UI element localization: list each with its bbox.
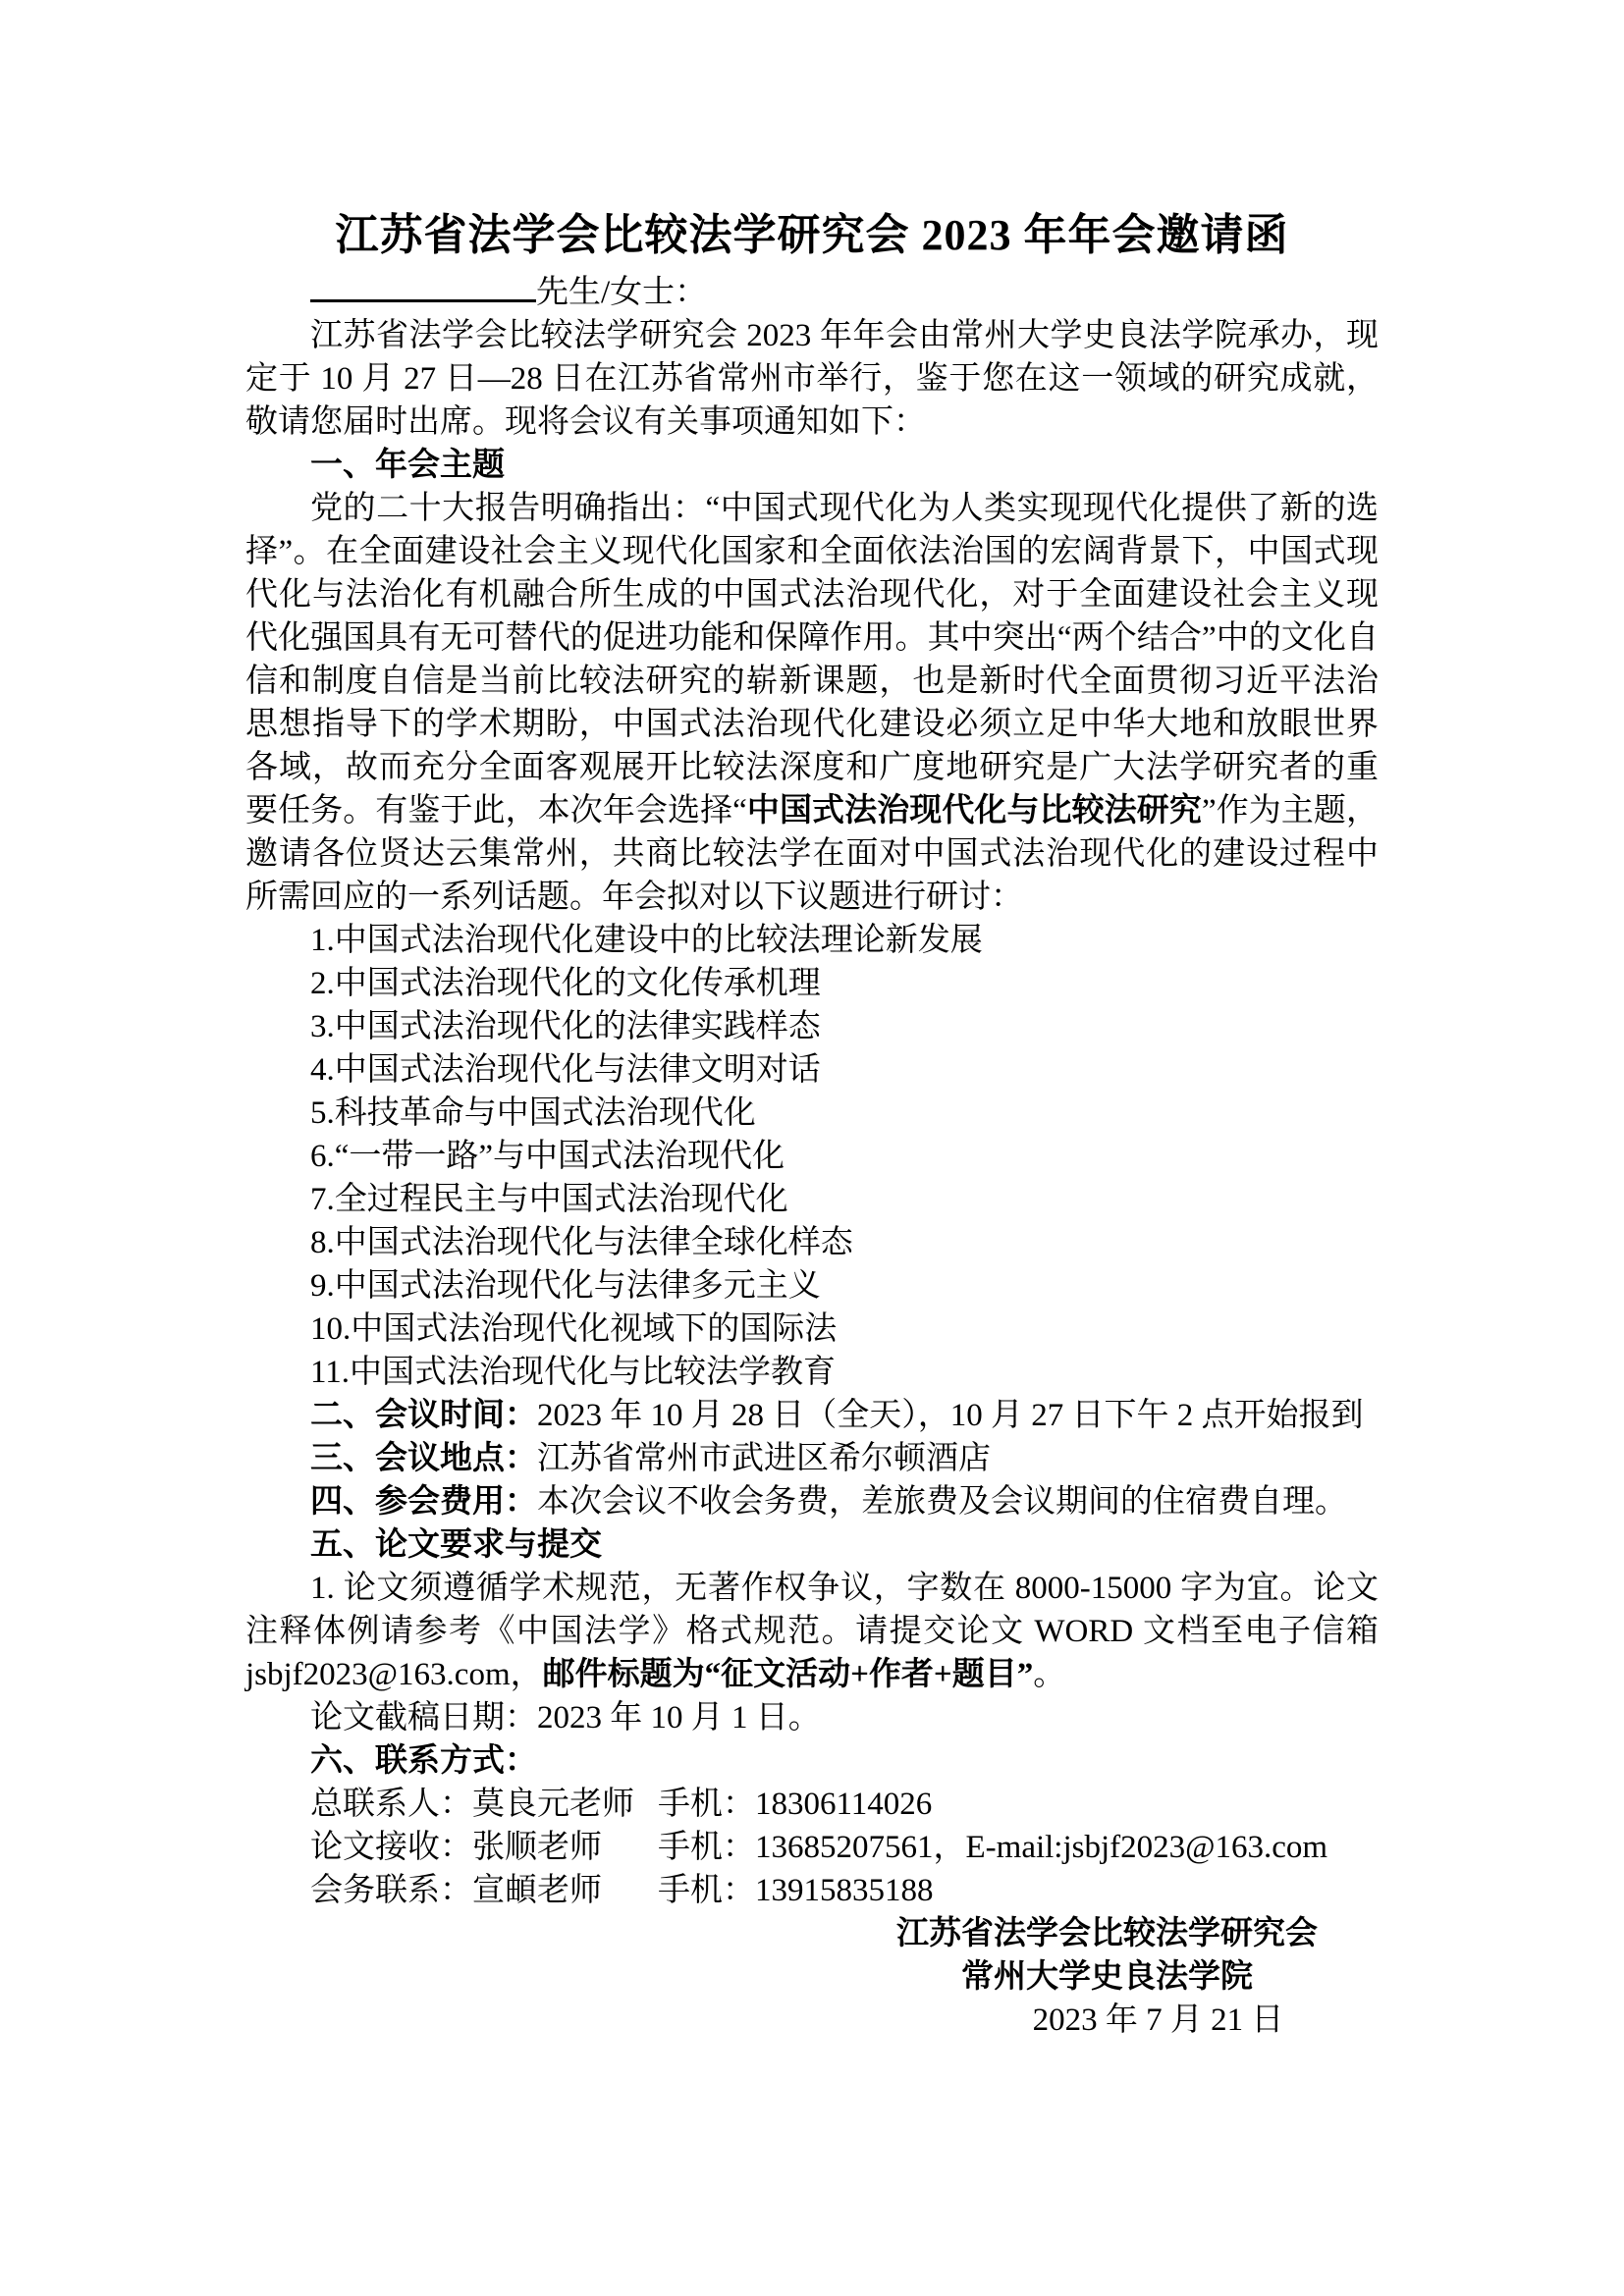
email-subject-format: 邮件标题为“征文活动+作者+题目” [543, 1657, 1034, 1692]
contact-name-papers: 论文接收：张顺老师 [310, 1826, 658, 1869]
signature-date: 2023 年 7 月 21 日 [889, 1999, 1326, 2042]
topic-item-8: 8.中国式法治现代化与法律全球化样态 [245, 1221, 1379, 1264]
section-2-text: 2023 年 10 月 28 日（全天），10 月 27 日下午 2 点开始报到 [537, 1398, 1364, 1433]
page-title: 江苏省法学会比较法学研究会 2023 年年会邀请函 [245, 208, 1379, 263]
intro-paragraph: 江苏省法学会比较法学研究会 2023 年年会由常州大学史良法学院承办，现定于 1… [245, 314, 1379, 444]
signature-block: 江苏省法学会比较法学研究会 常州大学史良法学院 2023 年 7 月 21 日 [889, 1912, 1326, 2042]
topic-item-7: 7.全过程民主与中国式法治现代化 [245, 1178, 1379, 1221]
topic-item-9: 9.中国式法治现代化与法律多元主义 [245, 1264, 1379, 1308]
contact-row-general: 总联系人：莫良元老师手机：18306114026 [245, 1783, 1379, 1826]
salutation-suffix: 先生/女士： [536, 275, 707, 310]
section-3-label: 三、会议地点： [310, 1441, 537, 1476]
section-4-text: 本次会议不收会务费，差旅费及会议期间的住宿费自理。 [537, 1484, 1347, 1520]
section-4-line: 四、参会费用：本次会议不收会务费，差旅费及会议期间的住宿费自理。 [245, 1480, 1379, 1523]
topic-item-5: 5.科技革命与中国式法治现代化 [245, 1092, 1379, 1135]
topic-item-11: 11.中国式法治现代化与比较法学教育 [245, 1351, 1379, 1394]
section-4-label: 四、参会费用： [310, 1484, 537, 1520]
paper-deadline-line: 论文截稿日期：2023 年 10 月 1 日。 [245, 1696, 1379, 1739]
topic-item-1: 1.中国式法治现代化建设中的比较法理论新发展 [245, 919, 1379, 962]
contact-row-papers: 论文接收：张顺老师手机：13685207561，E-mail:jsbjf2023… [245, 1826, 1379, 1869]
conference-theme: 中国式法治现代化与比较法研究 [747, 793, 1202, 828]
section-6-heading: 六、联系方式： [245, 1739, 1379, 1783]
section-3-text: 江苏省常州市武进区希尔顿酒店 [537, 1441, 991, 1476]
contact-row-logistics: 会务联系：宣頔老师手机：13915835188 [245, 1869, 1379, 1912]
section-2-label: 二、会议时间： [310, 1398, 537, 1433]
section-2-line: 二、会议时间：2023 年 10 月 28 日（全天），10 月 27 日下午 … [245, 1394, 1379, 1437]
section-5-paragraph: 1. 论文须遵循学术规范，无著作权争议，字数在 8000-15000 字为宜。论… [245, 1567, 1379, 1696]
contact-name-general: 总联系人：莫良元老师 [310, 1783, 658, 1826]
topic-item-2: 2.中国式法治现代化的文化传承机理 [245, 962, 1379, 1005]
contact-phone-general: 手机：18306114026 [658, 1787, 932, 1822]
contact-name-logistics: 会务联系：宣頔老师 [310, 1869, 658, 1912]
section-1-heading: 一、年会主题 [245, 444, 1379, 487]
topic-item-6: 6.“一带一路”与中国式法治现代化 [245, 1135, 1379, 1178]
recipient-blank-underline [310, 267, 536, 302]
salutation-line: 先生/女士： [245, 267, 1379, 314]
document-content: 江苏省法学会比较法学研究会 2023 年年会邀请函 先生/女士： 江苏省法学会比… [245, 208, 1379, 2042]
topic-item-10: 10.中国式法治现代化视域下的国际法 [245, 1308, 1379, 1351]
contact-phone-papers: 手机：13685207561，E-mail:jsbjf2023@163.com [658, 1830, 1327, 1865]
theme-text-before: 党的二十大报告明确指出：“中国式现代化为人类实现现代化提供了新的选择”。在全面建… [245, 491, 1379, 828]
section-5-heading: 五、论文要求与提交 [245, 1523, 1379, 1567]
document-page: 江苏省法学会比较法学研究会 2023 年年会邀请函 先生/女士： 江苏省法学会比… [0, 0, 1624, 2296]
section-3-line: 三、会议地点：江苏省常州市武进区希尔顿酒店 [245, 1437, 1379, 1480]
topic-item-4: 4.中国式法治现代化与法律文明对话 [245, 1048, 1379, 1092]
paper-requirements-end: 。 [1033, 1657, 1065, 1692]
section-1-paragraph: 党的二十大报告明确指出：“中国式现代化为人类实现现代化提供了新的选择”。在全面建… [245, 487, 1379, 919]
signature-org-association: 江苏省法学会比较法学研究会 [889, 1912, 1326, 1955]
topic-item-3: 3.中国式法治现代化的法律实践样态 [245, 1005, 1379, 1048]
contact-phone-logistics: 手机：13915835188 [658, 1873, 934, 1908]
signature-org-school: 常州大学史良法学院 [889, 1955, 1326, 1999]
